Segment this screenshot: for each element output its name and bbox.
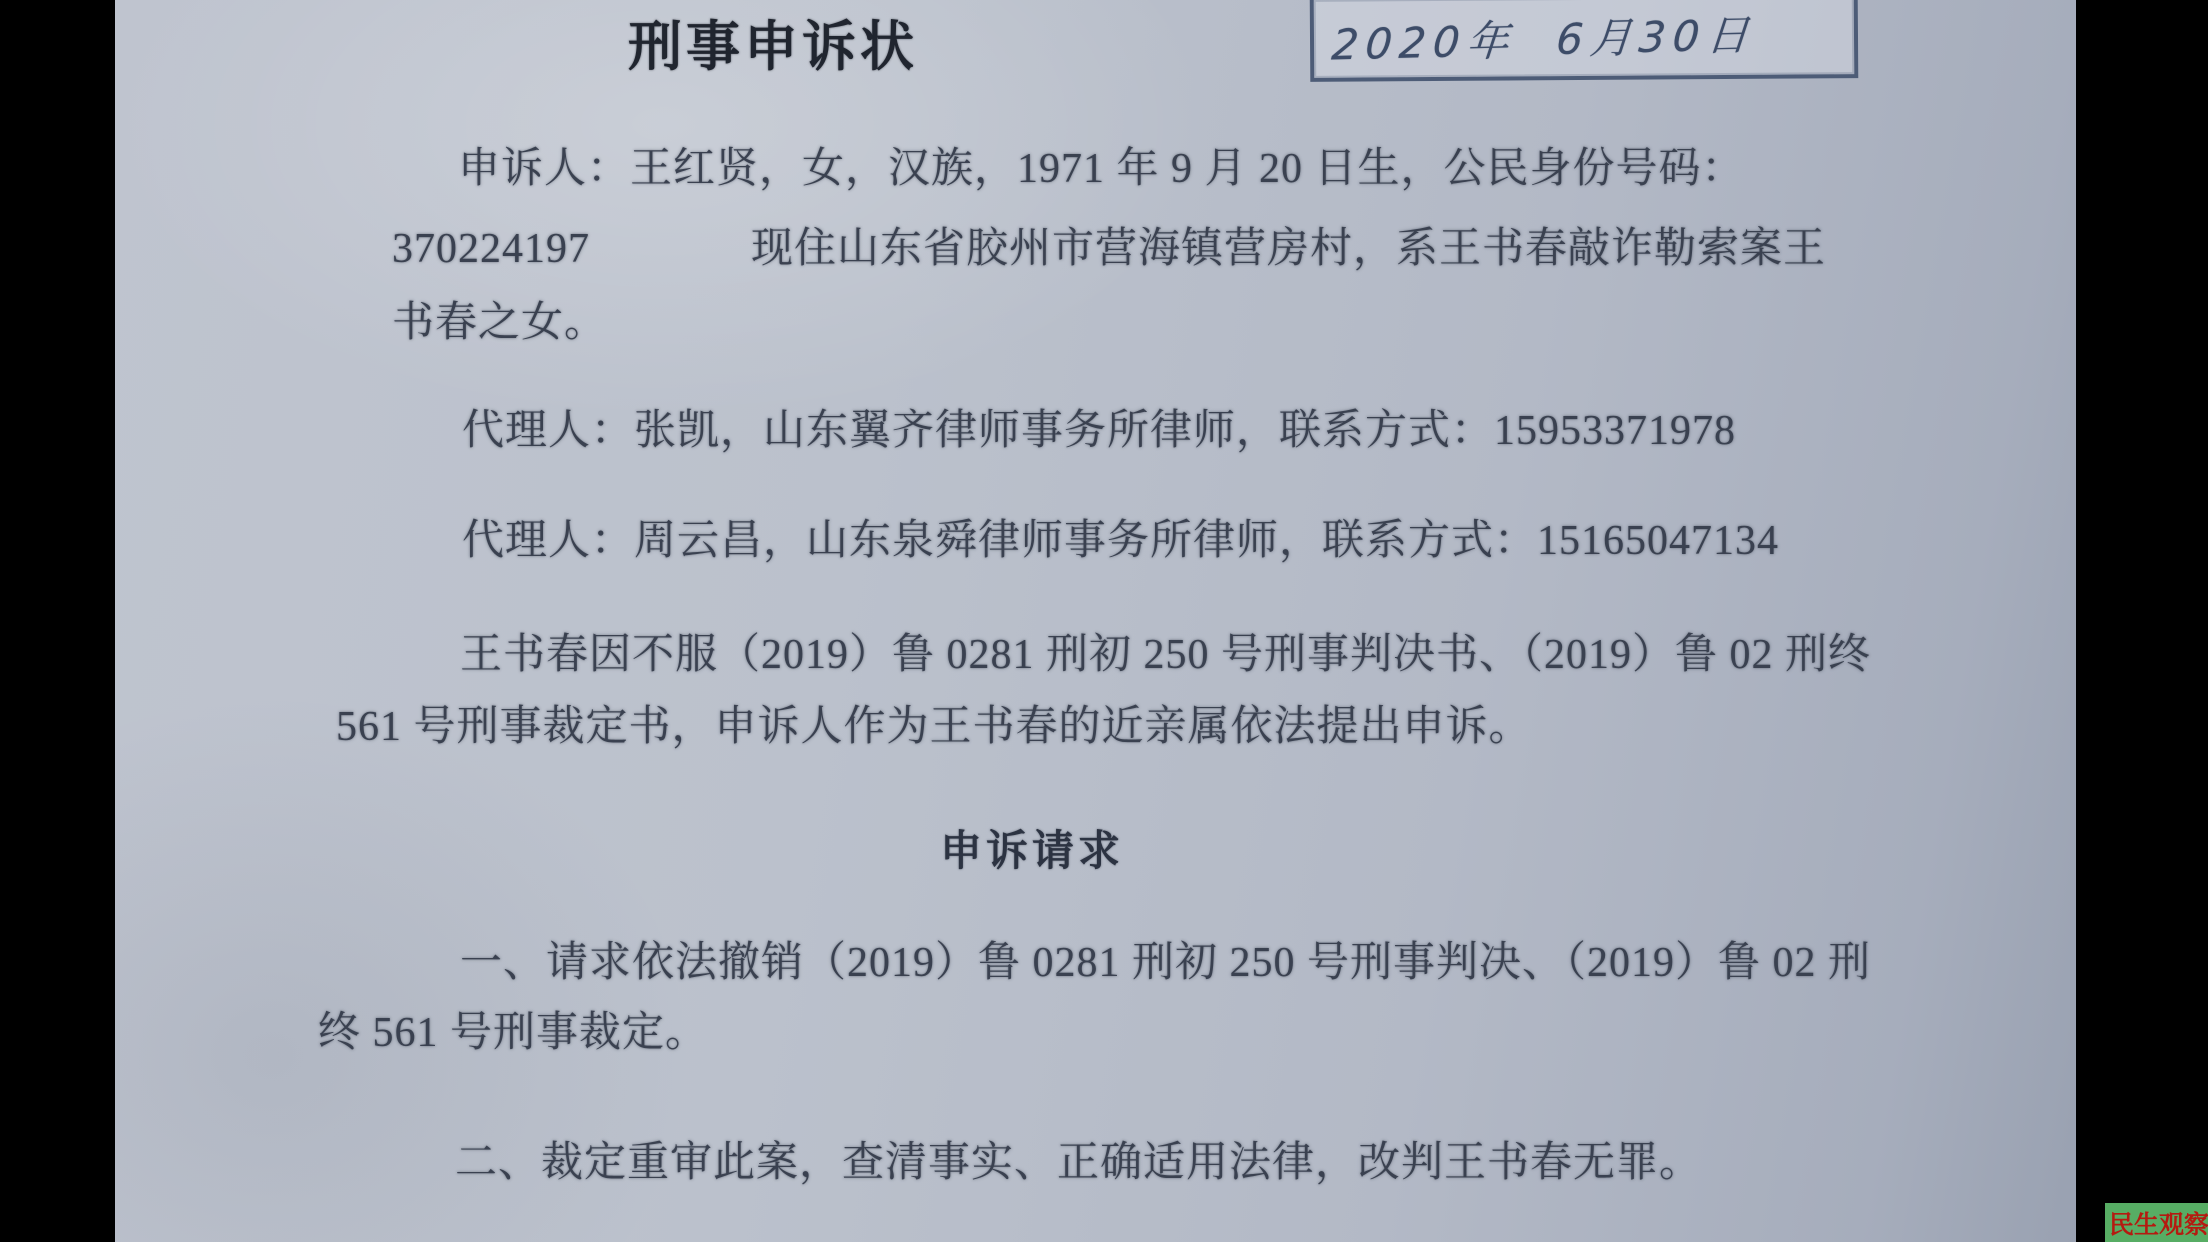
line-case-intro-cont: 561 号刑事裁定书，申诉人作为王书春的近亲属依法提出申诉。 bbox=[336, 702, 1532, 752]
line-request-2: 二、裁定重审此案，查清事实、正确适用法律，改判王书春无罪。 bbox=[455, 1138, 1702, 1188]
handwritten-date-text: 2020年 6月30日 bbox=[1330, 2, 1758, 72]
line-request-1-cont: 终 561 号刑事裁定。 bbox=[318, 1008, 708, 1058]
line-agent-2: 代理人：周云昌，山东泉舜律师事务所律师，联系方式：15165047134 bbox=[462, 516, 1779, 566]
line-case-intro: 王书春因不服（2019）鲁 0281 刑初 250 号刑事判决书、（2019）鲁… bbox=[460, 630, 1871, 680]
line-agent-1: 代理人：张凯，山东翼齐律师事务所律师，联系方式：15953371978 bbox=[462, 406, 1736, 456]
petition-document-photo: 刑事申诉状 2020年 6月30日 申诉人：王红贤，女，汉族，1971 年 9 … bbox=[115, 0, 2076, 1242]
channel-watermark-text: 民生观察 bbox=[2109, 1205, 2208, 1241]
line-id-and-address: 370224197 现住山东省胶州市营海镇营房村，系王书春敲诈勒索案王 bbox=[392, 224, 1826, 274]
document-title: 刑事申诉状 bbox=[628, 4, 918, 81]
line-petitioner-relation: 书春之女。 bbox=[392, 298, 607, 348]
channel-watermark: 民生观察 bbox=[2105, 1203, 2208, 1242]
line-petitioner: 申诉人：王红贤，女，汉族，1971 年 9 月 20 日生，公民身份号码： bbox=[458, 144, 1745, 194]
line-request-1: 一、请求依法撤销（2019）鲁 0281 刑初 250 号刑事判决、（2019）… bbox=[460, 938, 1871, 988]
video-frame: 刑事申诉状 2020年 6月30日 申诉人：王红贤，女，汉族，1971 年 9 … bbox=[0, 0, 2208, 1242]
section-header-appeal-requests: 申诉请求 bbox=[940, 818, 1124, 878]
handwritten-date-stamp-box: 2020年 6月30日 bbox=[1310, 0, 1859, 82]
